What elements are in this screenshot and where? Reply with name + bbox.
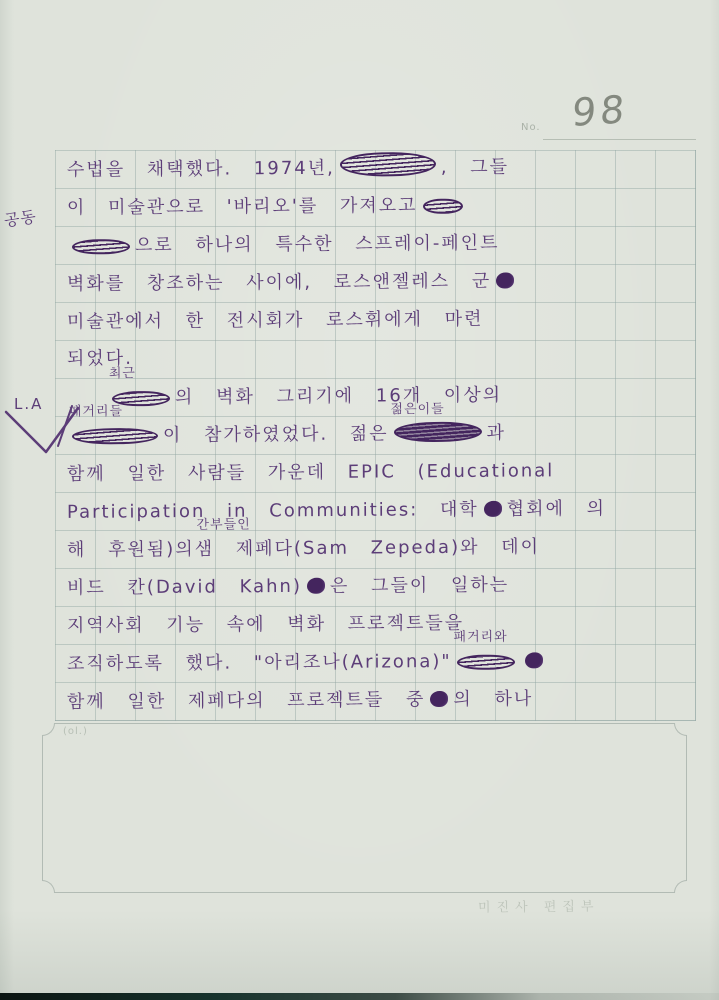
annotated-scribble: [335, 149, 441, 188]
manuscript-line: 함께 일한 제페다의 프로젝트들 중의 하나: [67, 680, 533, 721]
scribbled-out-text: [422, 199, 462, 214]
annotated-scribble: [67, 227, 135, 265]
manuscript-line: 비드 칸(David Kahn)은 그들이 일하는: [67, 566, 509, 607]
handwritten-text: 이 참가하였었다. 젊은: [163, 423, 389, 446]
inserted-correction: 최근: [109, 367, 136, 380]
handwritten-text: 샘 제페다(Sam Zepeda)와 데이: [195, 536, 540, 559]
manuscript-line: 수법을 채택했다. 1974년,, 그들: [67, 148, 509, 189]
ink-blob: [484, 501, 502, 517]
inserted-correction: 간부들인: [196, 518, 250, 531]
scribbled-out-text: [72, 239, 130, 254]
frame-print-note: (ol.): [63, 726, 88, 737]
handwritten-text: 이 미술관으로 '바리오'를 가져오고: [67, 195, 418, 218]
annotated-scribble: [417, 187, 467, 225]
frame-corner: [42, 723, 55, 736]
frame-corner: [674, 723, 687, 736]
scan-edge-shadow: [0, 993, 719, 1000]
handwritten-text: 해 후원됨)의: [67, 539, 195, 561]
margin-correction-gongdong: 공동: [3, 208, 38, 230]
handwritten-text-layer: 수법을 채택했다. 1974년,, 그들이 미술관으로 '바리오'를 가져오고으…: [55, 150, 715, 722]
no-field-label: No.: [521, 122, 541, 133]
handwritten-text: 미술관에서 한 전시회가 로스휘에게 마련: [67, 309, 484, 333]
page-number-underline: [543, 139, 696, 140]
frame-corner: [674, 880, 687, 893]
manuscript-line: 지역사회 기능 속에 벽화 프로젝트들을: [67, 605, 464, 646]
handwritten-text: 조직하도록 했다. "아리조나(Arizona)": [67, 651, 452, 675]
handwritten-text: 비드 칸(David Kahn): [67, 576, 302, 599]
ink-blob: [496, 272, 514, 288]
handwritten-text: 은 그들이 일하는: [330, 574, 509, 596]
manuscript-line: 으로 하나의 특수한 스프레이-페인트: [67, 224, 500, 265]
manuscript-line: 조직하도록 했다. "아리조나(Arizona)"패거리와: [67, 642, 548, 683]
inserted-correction: 젊은이들: [390, 403, 444, 416]
handwritten-text: , 그들: [441, 156, 509, 177]
annotated-scribble: 패거리와: [452, 643, 520, 681]
checkmark-stroke: [2, 402, 102, 460]
handwritten-text: 지역사회 기능 속에 벽화 프로젝트들을: [67, 613, 464, 637]
handwritten-text: 의 벽화 그리기에 16개 이상의: [175, 385, 502, 408]
manuscript-line: 이 미술관으로 '바리오'를 가져오고: [67, 187, 468, 228]
ink-blob: [525, 652, 543, 668]
manuscript-line: Participation in Communities: 대학협회에 의: [67, 490, 606, 532]
footer-frame: (ol.): [42, 723, 687, 893]
handwritten-text: 함께 일한 사람들 가운데 EPIC (Educational: [67, 460, 554, 484]
handwritten-text: 벽화를 창조하는 사이에, 로스앤젤레스 군: [67, 271, 491, 295]
ink-blob: [430, 691, 448, 707]
annotated-scribble: 젊은이들: [389, 415, 487, 454]
inserted-correction: 패거리와: [453, 631, 507, 644]
manuscript-line: 해 후원됨)의샘 제페다(Sam Zepeda)와 데이간부들인: [67, 528, 540, 569]
scribbled-out-text: [340, 152, 436, 177]
page-number: 98: [571, 90, 630, 132]
scribbled-out-text: [394, 422, 482, 443]
manuscript-line: 벽화를 창조하는 사이에, 로스앤젤레스 군: [67, 262, 519, 303]
annotated-text: 샘 제페다(Sam Zepeda)와 데이간부들인: [195, 528, 541, 568]
handwritten-text: 함께 일한 제페다의 프로젝트들 중: [67, 689, 425, 713]
manuscript-page: { "page": { "paper_color": "#dfe3db", "i…: [0, 0, 719, 1000]
handwritten-text: 으로 하나의 특수한 스프레이-페인트: [135, 232, 500, 256]
ink-blob: [307, 578, 325, 594]
scribbled-out-text: [457, 655, 515, 670]
manuscript-line: 패거리들이 참가하였었다. 젊은젊은이들과: [67, 414, 506, 455]
stationery-stamp: 미진사 편집부: [478, 895, 600, 915]
handwritten-text: Participation in Communities: 대학: [67, 499, 479, 523]
manuscript-line: 미술관에서 한 전시회가 로스휘에게 마련: [67, 301, 484, 342]
handwritten-text: 협회에 의: [507, 498, 606, 520]
handwritten-text: 수법을 채택했다. 1974년,: [67, 158, 335, 181]
manuscript-line: 함께 일한 사람들 가운데 EPIC (Educational: [67, 452, 555, 493]
handwritten-text: 의 하나: [453, 688, 533, 710]
frame-corner: [42, 880, 55, 893]
handwritten-text: 과: [487, 422, 507, 443]
